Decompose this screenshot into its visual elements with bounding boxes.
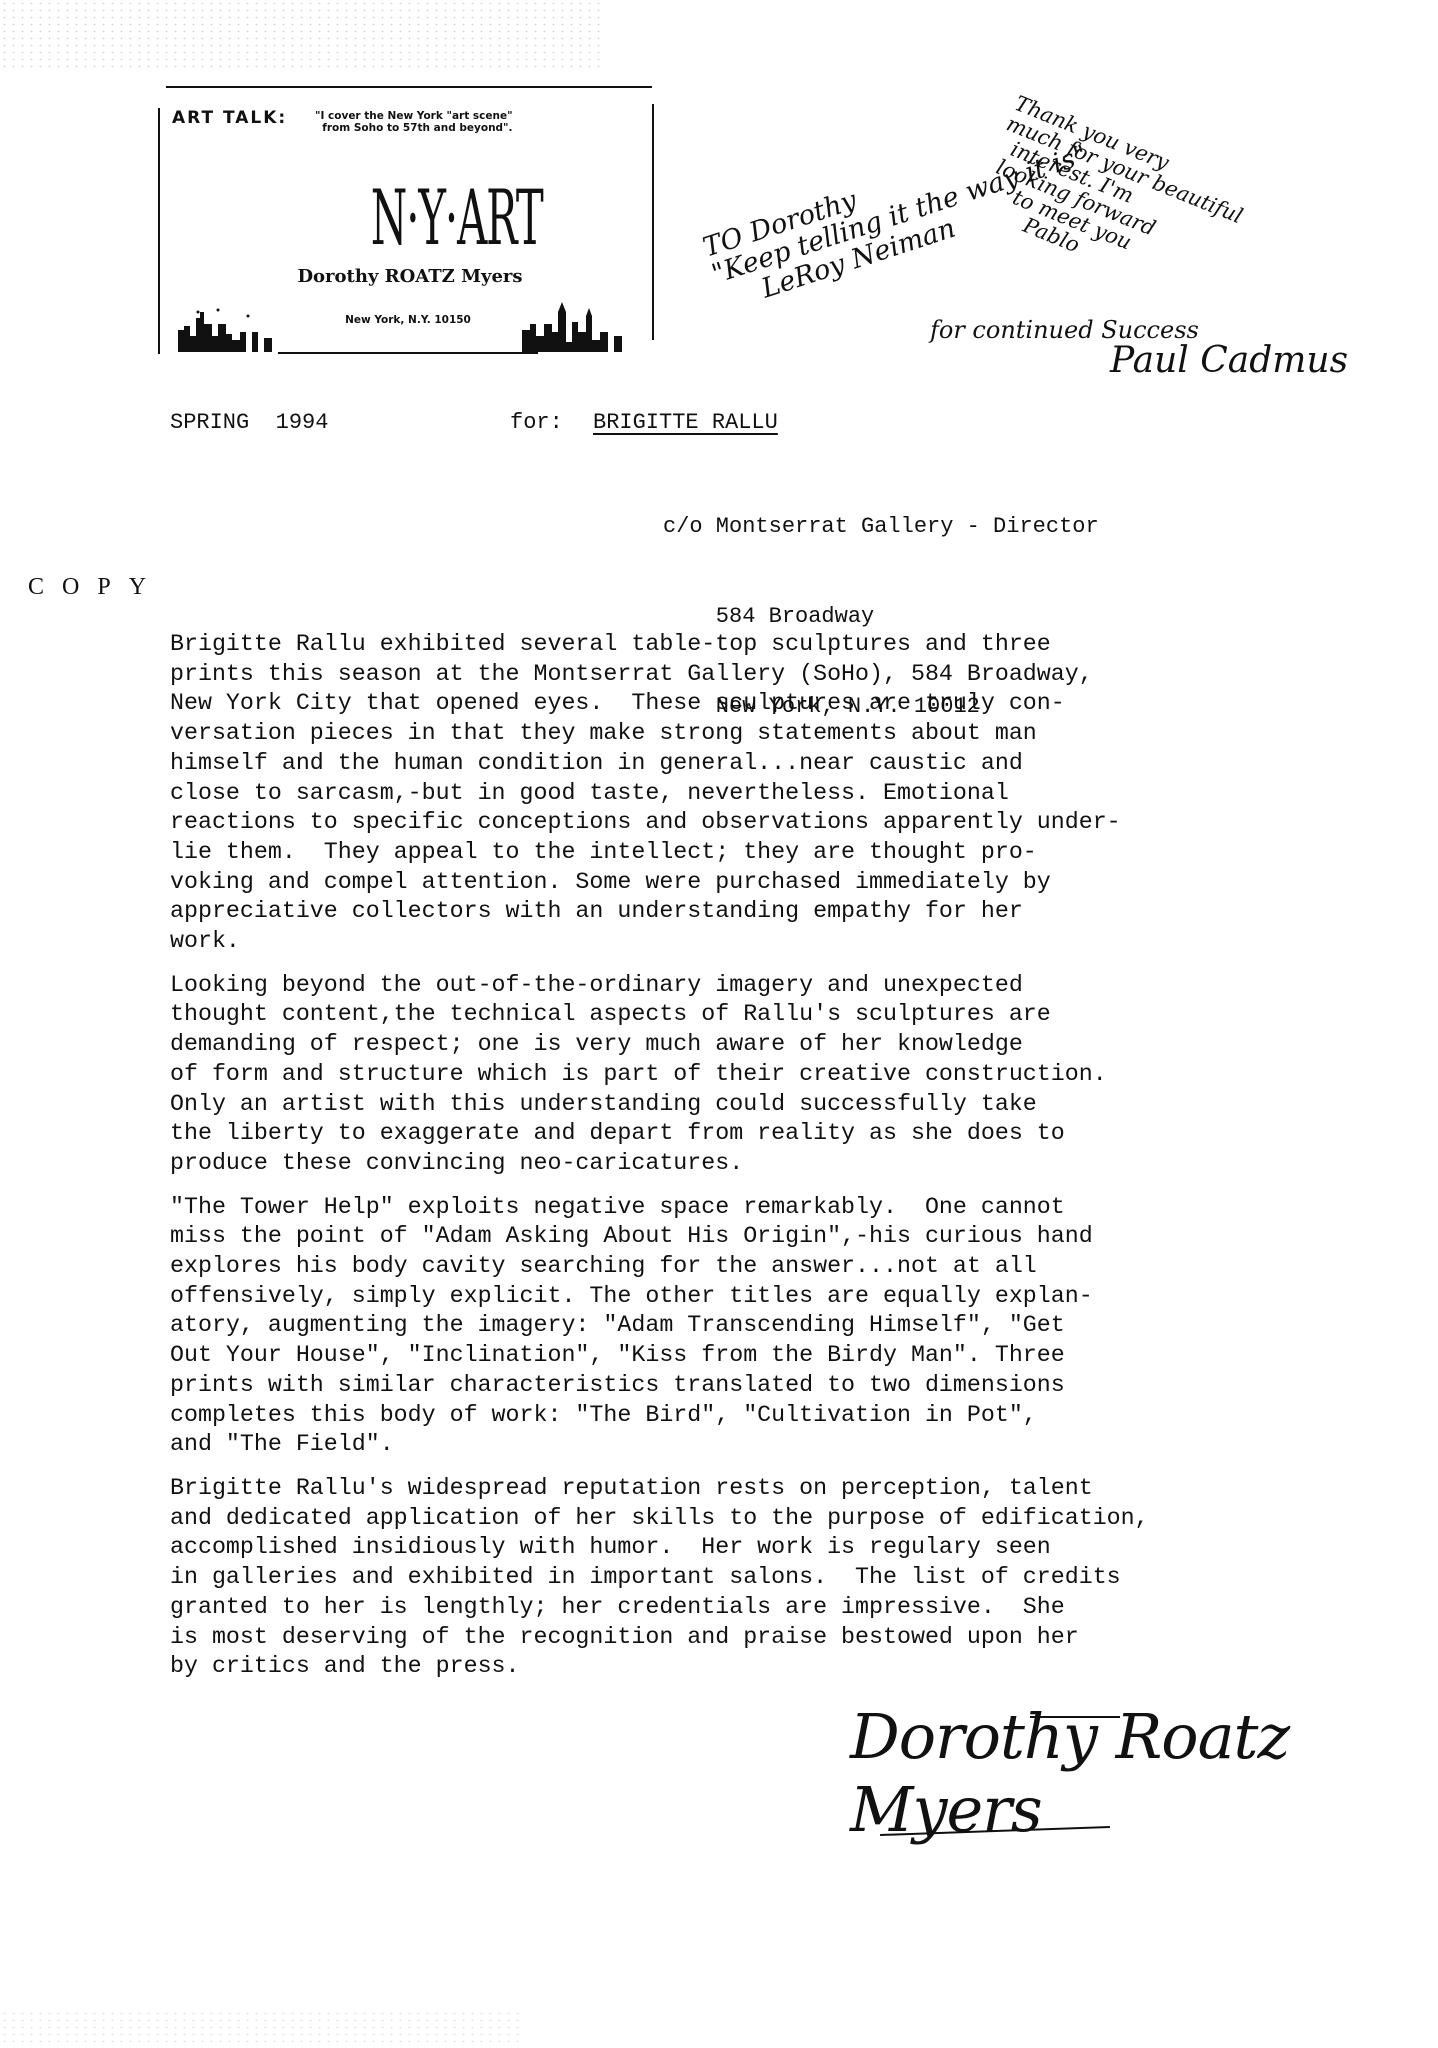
address-line: c/o Montserrat Gallery - Director xyxy=(663,512,1099,542)
season-date: SPRING 1994 xyxy=(170,410,328,435)
scan-noise-top xyxy=(0,0,600,70)
letterhead-name: Dorothy ROATZ Myers xyxy=(260,266,560,287)
letterhead-top-rule xyxy=(166,86,652,88)
letterhead-bottom-rule xyxy=(278,352,538,354)
address-line: 584 Broadway xyxy=(663,602,1099,632)
letterhead-right-rule xyxy=(652,104,654,340)
nyart-logo: N·Y·ART xyxy=(371,178,476,258)
column-title: ART TALK: xyxy=(172,108,287,128)
copy-stamp: COPY xyxy=(28,574,164,601)
letterhead-left-rule xyxy=(158,108,160,354)
signature-flourish xyxy=(1030,1716,1120,1718)
handwritten-signature-cadmus: Paul Cadmus xyxy=(1110,342,1348,380)
paragraph: Brigitte Rallu exhibited several table-t… xyxy=(170,630,1420,957)
letterhead: ART TALK: "I cover the New York "art sce… xyxy=(158,86,654,354)
letterhead-tagline: "I cover the New York "art scene" from S… xyxy=(315,110,513,134)
city-skyline-icon xyxy=(178,306,298,352)
paragraph: Brigitte Rallu's widespread reputation r… xyxy=(170,1474,1420,1682)
city-skyline-icon xyxy=(522,302,642,352)
scan-noise-bottom xyxy=(0,2010,520,2048)
paragraph: "The Tower Help" exploits negative space… xyxy=(170,1193,1420,1460)
author-signature: Dorothy Roatz Myers xyxy=(850,1700,1438,1846)
paragraph: Looking beyond the out-of-the-ordinary i… xyxy=(170,971,1420,1179)
letter-body: Brigitte Rallu exhibited several table-t… xyxy=(170,630,1420,1696)
recipient-name: BRIGITTE RALLU xyxy=(593,410,778,435)
letterhead-city: New York, N.Y. 10150 xyxy=(318,314,498,326)
for-label: for: xyxy=(510,410,563,435)
